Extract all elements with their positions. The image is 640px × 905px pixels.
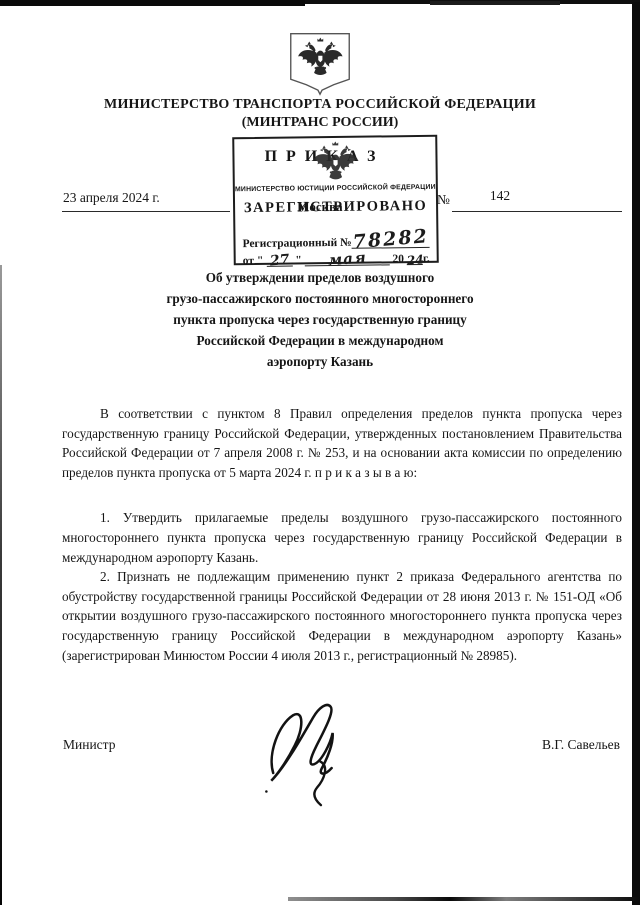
- coat-of-arms-icon: [284, 31, 356, 99]
- order-title-line: пункта пропуска через государственную гр…: [70, 309, 570, 330]
- ministry-name: МИНИСТЕРСТВО ТРАНСПОРТА РОССИЙСКОЙ ФЕДЕР…: [0, 97, 640, 113]
- order-item-2: 2. Признать не подлежащим применению пун…: [62, 567, 622, 665]
- preamble-paragraph: В соответствии с пунктом 8 Правил опреде…: [62, 404, 622, 482]
- order-title-line: Российской Федерации в международном: [70, 330, 570, 351]
- order-title-line: аэропорту Казань: [70, 351, 570, 372]
- scan-edge-left: [0, 265, 2, 905]
- order-title-line: грузо-пассажирского постоянного многосто…: [70, 288, 570, 309]
- scan-edge-bottom: [288, 897, 640, 901]
- order-title: Об утверждении пределов воздушного грузо…: [70, 267, 570, 372]
- signatory-name: В.Г. Савельев: [542, 737, 620, 753]
- stamp-month-line: мая: [305, 246, 390, 266]
- scan-edge-top-segment: [0, 0, 305, 6]
- scanned-order-page: МИНИСТЕРСТВО ТРАНСПОРТА РОССИЙСКОЙ ФЕДЕР…: [0, 0, 640, 905]
- signatory-position: Министр: [63, 737, 115, 753]
- stamp-year-prefix: 20: [392, 253, 404, 265]
- justice-ministry-registration-stamp: МИНИСТЕРСТВО ЮСТИЦИИ РОССИЙСКОЙ ФЕДЕРАЦИ…: [232, 135, 439, 265]
- signature-icon: [258, 697, 378, 809]
- order-item-1: 1. Утвердить прилагаемые пределы воздушн…: [62, 508, 622, 567]
- stamp-quote-close: ": [295, 254, 302, 266]
- stamp-eagle-icon: [309, 141, 362, 186]
- order-title-line: Об утверждении пределов воздушного: [70, 267, 570, 288]
- stamp-from-label: от: [243, 255, 254, 267]
- stamp-quote-open: ": [257, 255, 264, 267]
- stamp-agency-name: МИНИСТЕРСТВО ЮСТИЦИИ РОССИЙСКОЙ ФЕДЕРАЦИ…: [235, 184, 436, 193]
- stamp-registered-label: ЗАРЕГИСТРИРОВАНО: [235, 198, 436, 217]
- stamp-date-row: от " 27 " мая 20 24 г.: [243, 246, 430, 267]
- stamp-day-line: 27: [266, 250, 292, 267]
- stamp-year-line: 24: [407, 250, 423, 265]
- scan-edge-right: [632, 2, 640, 905]
- stamp-year-handwritten: 24: [407, 252, 425, 267]
- scan-edge-top-segment: [430, 1, 560, 5]
- order-body: В соответствии с пунктом 8 Правил опреде…: [62, 404, 622, 665]
- ministry-short-name: (МИНТРАНС РОССИИ): [0, 115, 640, 131]
